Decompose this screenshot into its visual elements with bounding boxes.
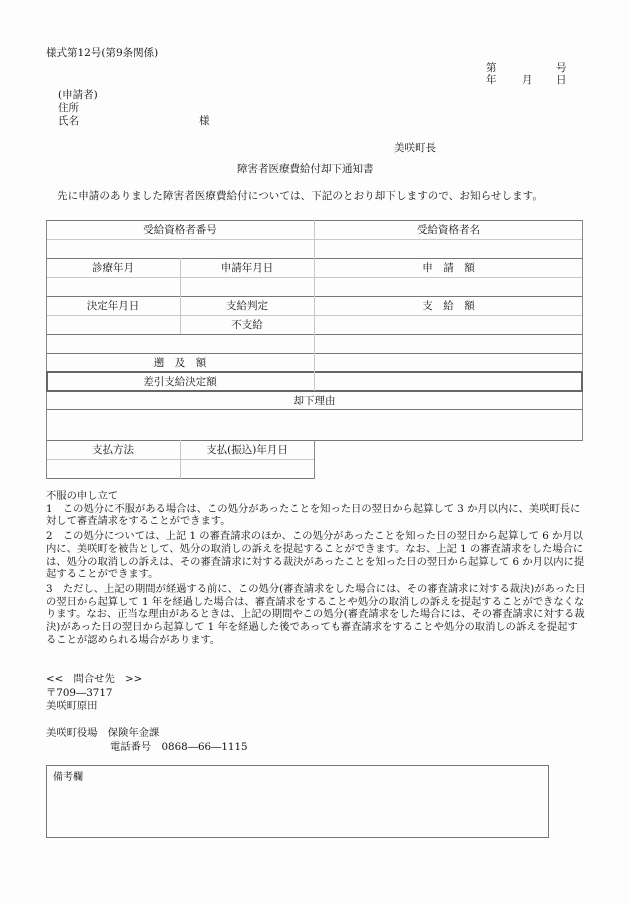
decision-date-label: 決定年月日 xyxy=(46,296,180,315)
decision-date-field[interactable] xyxy=(46,315,180,334)
intro-text: 先に申請のありました障害者医療費給付については、下記のとおり却下しますので、お知… xyxy=(57,190,543,202)
page-title: 障害者医療費給付却下通知書 xyxy=(237,163,374,175)
honorific: 様 xyxy=(199,115,210,127)
remarks-label: 備考欄 xyxy=(53,768,83,783)
application-amount-label: 申 請 額 xyxy=(314,258,583,277)
contact-address: 美咲町原田 xyxy=(46,700,248,714)
application-date-label: 申請年月日 xyxy=(180,258,314,277)
application-date-field[interactable] xyxy=(180,277,314,296)
retroactive-amount-label: 遡 及 額 xyxy=(46,353,314,371)
net-payment-field[interactable] xyxy=(314,372,583,391)
blank-cell-right[interactable] xyxy=(314,334,583,353)
recipient-number-field[interactable] xyxy=(46,239,314,258)
doc-no-prefix: 第 xyxy=(486,62,497,74)
rejection-reason-label: 却下理由 xyxy=(46,391,583,409)
contact-heading: << 問合せ先 >> xyxy=(46,673,248,687)
payment-judgment-label: 支給判定 xyxy=(180,296,314,315)
date-day: 日 xyxy=(556,74,567,86)
objection-paragraph-1: 1 この処分に不服がある場合は、この処分があったことを知った日の翌日から起算して… xyxy=(46,503,586,528)
date-month: 月 xyxy=(522,74,533,86)
applicant-label: (申請者) xyxy=(58,89,98,101)
issuer: 美咲町長 xyxy=(394,142,436,154)
treatment-month-field[interactable] xyxy=(46,277,180,296)
rejection-reason-field[interactable] xyxy=(46,410,583,440)
contact-office: 美咲町役場 保険年金課 xyxy=(46,727,248,741)
application-amount-field[interactable] xyxy=(314,277,583,296)
payment-date-field[interactable] xyxy=(180,459,314,478)
payment-date-label: 支払(振込)年月日 xyxy=(180,440,314,459)
contact-section: << 問合せ先 >> 〒709―3717 美咲町原田 美咲町役場 保険年金課 電… xyxy=(46,673,248,754)
recipient-name-field[interactable] xyxy=(314,239,583,258)
address-label: 住所 xyxy=(58,102,79,114)
doc-no-suffix: 号 xyxy=(556,62,567,74)
objection-paragraph-2: 2 この処分については、上記 1 の審査請求のほか、この処分があったことを知った… xyxy=(46,530,586,581)
objection-paragraph-3: 3 ただし、上記の期間が経過する前に、この処分(審査請求をした場合には、その審査… xyxy=(46,583,586,647)
net-payment-label: 差引支給決定額 xyxy=(46,372,314,391)
retroactive-amount-field[interactable] xyxy=(314,353,583,371)
recipient-number-label: 受給資格者番号 xyxy=(46,220,314,239)
contact-phone: 電話番号 0868―66―1115 xyxy=(46,741,248,755)
objection-heading: 不服の申し立て xyxy=(46,490,586,503)
treatment-month-label: 診療年月 xyxy=(46,258,180,277)
payment-amount-field[interactable] xyxy=(314,315,583,334)
date-year: 年 xyxy=(486,74,497,86)
postal-code: 〒709―3717 xyxy=(46,687,248,701)
objection-section: 不服の申し立て 1 この処分に不服がある場合は、この処分があったことを知った日の… xyxy=(46,490,586,646)
payment-judgment-value: 不支給 xyxy=(180,315,314,334)
payment-method-label: 支払方法 xyxy=(46,440,180,459)
form-number: 様式第12号(第9条関係) xyxy=(46,47,158,59)
payment-amount-label: 支 給 額 xyxy=(314,296,583,315)
name-label: 氏名 xyxy=(58,115,79,127)
blank-cell-left[interactable] xyxy=(46,334,314,353)
payment-method-field[interactable] xyxy=(46,459,180,478)
recipient-name-label: 受給資格者名 xyxy=(314,220,583,239)
remarks-box[interactable]: 備考欄 xyxy=(46,765,549,838)
